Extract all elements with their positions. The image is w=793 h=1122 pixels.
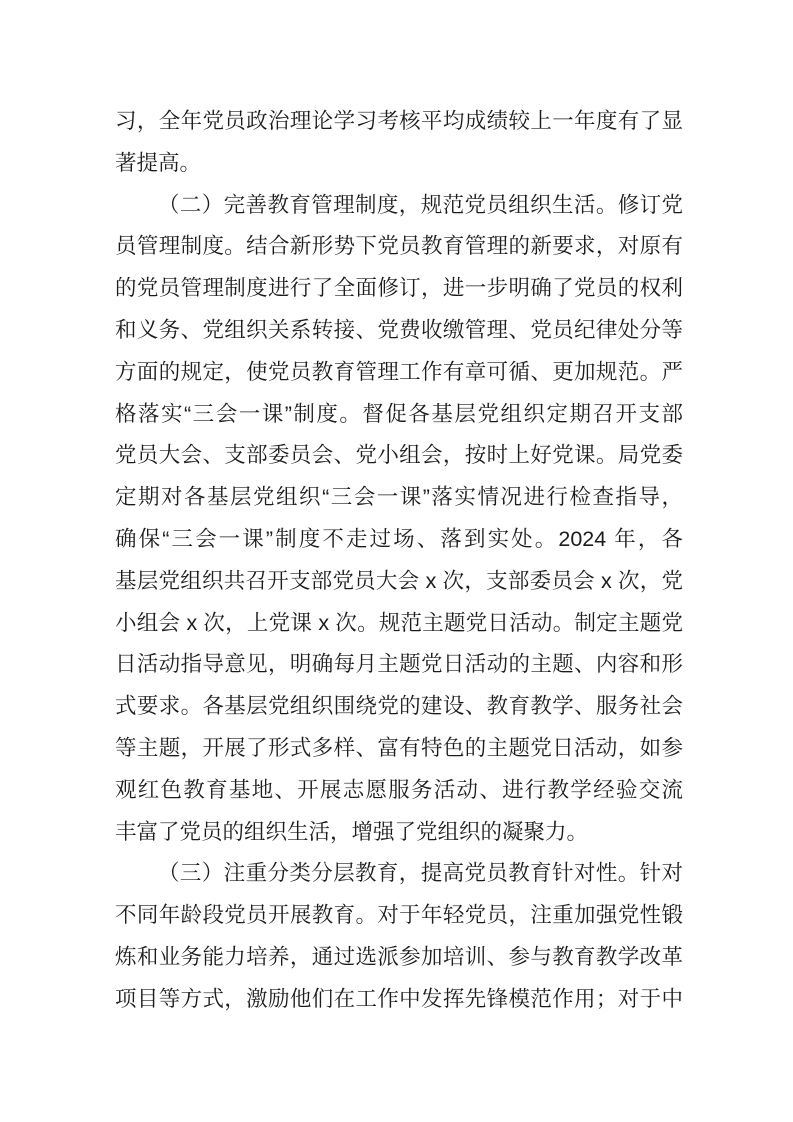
- text-line: 方面的规定，使党员教育管理工作有章可循、更加规范。严: [115, 352, 683, 394]
- text-line: 日活动指导意见，明确每月主题党日活动的主题、内容和形: [115, 644, 683, 686]
- text-line: 基层党组织共召开支部党员大会 x 次，支部委员会 x 次，党: [115, 561, 683, 603]
- text-line: 项目等方式，激励他们在工作中发挥先锋模范作用；对于中: [115, 979, 683, 1021]
- text-line: （二）完善教育管理制度，规范党员组织生活。修订党: [115, 185, 683, 227]
- paragraph: （二）完善教育管理制度，规范党员组织生活。修订党员管理制度。结合新形势下党员教育…: [115, 185, 683, 854]
- text-line: 著提高。: [115, 143, 683, 185]
- text-line: 习，全年党员政治理论学习考核平均成绩较上一年度有了显: [115, 101, 683, 143]
- paragraph: 习，全年党员政治理论学习考核平均成绩较上一年度有了显著提高。: [115, 101, 683, 185]
- document-page: 习，全年党员政治理论学习考核平均成绩较上一年度有了显著提高。（二）完善教育管理制…: [0, 0, 793, 1122]
- paragraph: （三）注重分类分层教育，提高党员教育针对性。针对不同年龄段党员开展教育。对于年轻…: [115, 853, 683, 1020]
- text-line: 和义务、党组织关系转接、党费收缴管理、党员纪律处分等: [115, 310, 683, 352]
- text-line: 定期对各基层党组织“三会一课”落实情况进行检查指导，: [115, 477, 683, 519]
- text-line: 的党员管理制度进行了全面修订，进一步明确了党员的权利: [115, 268, 683, 310]
- text-line: 炼和业务能力培养，通过选派参加培训、参与教育教学改革: [115, 937, 683, 979]
- text-line: 党员大会、支部委员会、党小组会，按时上好党课。局党委: [115, 435, 683, 477]
- text-line: 等主题，开展了形式多样、富有特色的主题党日活动，如参: [115, 728, 683, 770]
- document-body: 习，全年党员政治理论学习考核平均成绩较上一年度有了显著提高。（二）完善教育管理制…: [115, 101, 683, 1021]
- text-line: 小组会 x 次，上党课 x 次。规范主题党日活动。制定主题党: [115, 603, 683, 645]
- text-line: 式要求。各基层党组织围绕党的建设、教育教学、服务社会: [115, 686, 683, 728]
- text-line: 观红色教育基地、开展志愿服务活动、进行教学经验交流等，: [115, 770, 683, 812]
- text-line: 格落实“三会一课”制度。督促各基层党组织定期召开支部: [115, 394, 683, 436]
- text-line: 确保“三会一课”制度不走过场、落到实处。2024 年，各: [115, 519, 683, 561]
- text-line: （三）注重分类分层教育，提高党员教育针对性。针对: [115, 853, 683, 895]
- text-line: 丰富了党员的组织生活，增强了党组织的凝聚力。: [115, 812, 683, 854]
- text-line: 员管理制度。结合新形势下党员教育管理的新要求，对原有: [115, 226, 683, 268]
- text-line: 不同年龄段党员开展教育。对于年轻党员，注重加强党性锻: [115, 895, 683, 937]
